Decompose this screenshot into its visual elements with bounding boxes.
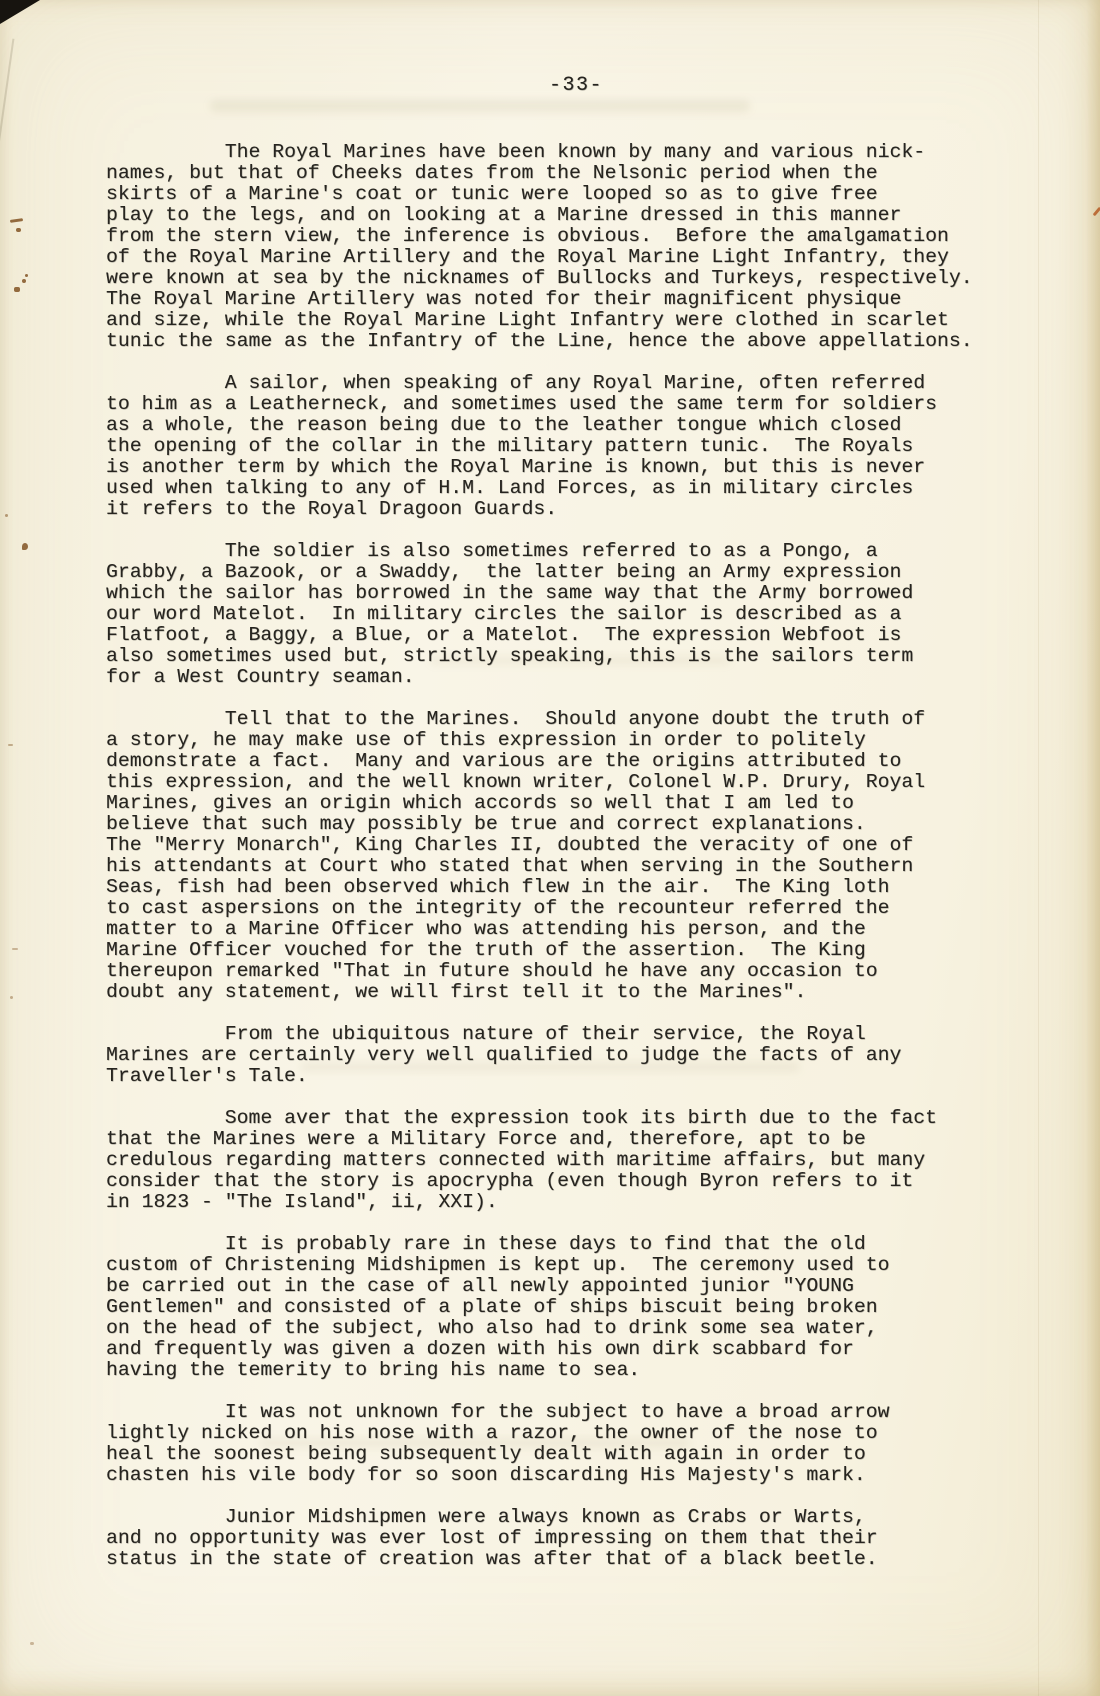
paragraph-christening-midshipmen: It is probably rare in these days to fin… — [106, 1234, 1016, 1381]
foxing-speck — [12, 948, 18, 950]
foxing-speck — [25, 274, 28, 277]
scanned-document-page: -33- The Royal Marines have been known b… — [0, 0, 1100, 1696]
page-edge-shading — [1086, 0, 1100, 1696]
foxing-speck — [10, 996, 13, 999]
paragraph-tell-that-to-the-marines: Tell that to the Marines. Should anyone … — [106, 709, 1016, 1003]
bleed-through-smudge — [210, 100, 750, 112]
scan-crease-line — [1038, 0, 1039, 1696]
foxing-speck — [5, 514, 8, 517]
paragraph-broad-arrow: It was not unknown for the subject to ha… — [106, 1402, 1016, 1486]
document-body: The Royal Marines have been known by man… — [106, 142, 1016, 1591]
page-number: -33- — [0, 74, 1100, 97]
scan-crease-line — [0, 39, 14, 188]
foxing-speck — [10, 218, 23, 223]
foxing-speck — [8, 744, 13, 746]
paragraph-travellers-tale: From the ubiquitous nature of their serv… — [106, 1024, 1016, 1087]
foxing-speck — [16, 228, 21, 232]
paragraph-crabs-or-warts: Junior Midshipmen were always known as C… — [106, 1507, 1016, 1570]
paragraph-nicknames-cheeks: The Royal Marines have been known by man… — [106, 142, 1016, 352]
foxing-speck — [30, 1642, 34, 1645]
paragraph-expression-origin-byron: Some aver that the expression took its b… — [106, 1108, 1016, 1213]
foxing-speck — [22, 279, 26, 283]
foxing-speck — [22, 543, 28, 550]
paragraph-soldier-sailor-terms: The soldier is also sometimes referred t… — [106, 541, 1016, 688]
paragraph-leatherneck-royals: A sailor, when speaking of any Royal Mar… — [106, 373, 1016, 520]
page-corner-fold-artifact — [0, 0, 40, 24]
foxing-speck — [14, 287, 20, 292]
